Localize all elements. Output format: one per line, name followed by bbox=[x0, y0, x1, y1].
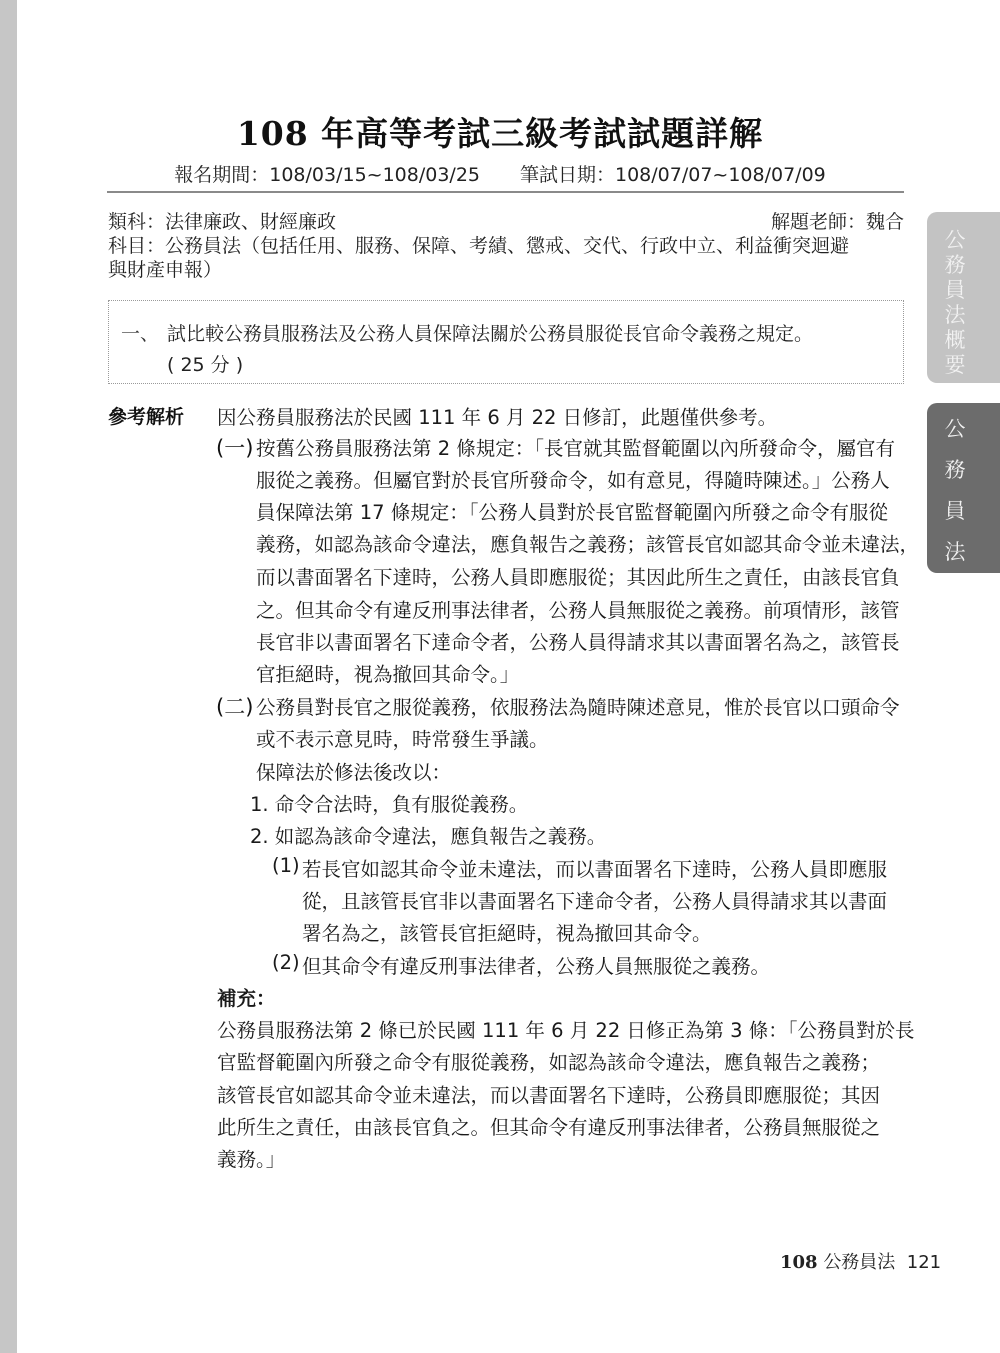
header-divider bbox=[107, 191, 904, 193]
section-1-line: 長官非以書面署名下達命令者，公務人員得請求其以書面署名為之，該管長 bbox=[256, 627, 900, 655]
sub-item-1-line: 若長官如認其命令並未違法，而以書面署名下達時，公務人員即應服 bbox=[302, 854, 887, 882]
answer-intro: 因公務員服務法於民國 111 年 6 月 22 日修訂，此題僅供參考。 bbox=[217, 402, 777, 430]
side-tab-civil-service-law[interactable]: 公 務 員 法 bbox=[927, 403, 1000, 573]
sub-item-1-line: 署名為之，該管長官拒絕時，視為撤回其命令。 bbox=[302, 918, 712, 946]
tab-char: 法 bbox=[927, 536, 983, 566]
tab-char: 要 bbox=[927, 349, 983, 379]
section-1-line: 服從之義務。但屬官對於長官所發命令，如有意見，得隨時陳述。」公務人 bbox=[256, 465, 890, 493]
supplement-line: 此所生之責任，由該長官負之。但其命令有違反刑事法律者，公務員無服從之 bbox=[217, 1112, 880, 1140]
teacher: 解題老師：魏合 bbox=[771, 210, 904, 234]
side-tab-overview[interactable]: 公 務 員 法 概 要 bbox=[927, 212, 1000, 383]
section-1-line: 而以書面署名下達時，公務人員即應服從；其因此所生之責任，由該長官負 bbox=[256, 562, 900, 590]
section-2-line: 或不表示意見時，時常發生爭議。 bbox=[256, 724, 549, 752]
list-item-1: 1. 命令合法時，負有服從義務。 bbox=[250, 789, 528, 817]
subject-line-1: 科目：公務員法（包括任用、服務、保障、考績、懲戒、交代、行政中立、利益衝突迴避 bbox=[108, 234, 904, 258]
tab-char: 公 bbox=[927, 413, 983, 443]
question-box: 一、 試比較公務員服務法及公務人員保障法關於公務員服從長官命令義務之規定。 ( … bbox=[108, 300, 904, 384]
footer-subject: 公務員法 bbox=[823, 1252, 895, 1273]
category: 類科：法律廉政、財經廉政 bbox=[108, 210, 336, 234]
subject-line-2: 與財產申報） bbox=[108, 258, 904, 282]
question-text: 試比較公務員服務法及公務人員保障法關於公務員服從長官命令義務之規定。 bbox=[167, 319, 813, 346]
section-1-line: 官拒絕時，視為撤回其命令。」 bbox=[256, 659, 519, 687]
left-margin-bar bbox=[0, 0, 17, 1353]
tab-char: 員 bbox=[927, 495, 983, 525]
question-number: 一、 bbox=[121, 319, 159, 346]
section-2-line: 保障法於修法後改以： bbox=[256, 757, 451, 785]
section-1-line: 之。但其命令有違反刑事法律者，公務人員無服從之義務。前項情形，該管 bbox=[256, 595, 900, 623]
sub-item-2-text: 但其命令有違反刑事法律者，公務人員無服從之義務。 bbox=[302, 951, 770, 979]
supplement-line: 義務。」 bbox=[217, 1144, 285, 1172]
question-score: ( 25 分 ) bbox=[167, 350, 243, 377]
registration-period: 報名期間：108/03/15~108/03/25 bbox=[174, 164, 480, 186]
sub-item-1-mark: (1) bbox=[272, 854, 300, 877]
section-1-line: 按舊公務員服務法第 2 條規定：「長官就其監督範圍以內所發命令，屬官有 bbox=[256, 433, 895, 461]
supplement-line: 公務員服務法第 2 條已於民國 111 年 6 月 22 日修正為第 3 條：「… bbox=[217, 1015, 915, 1043]
section-2-mark: (二) bbox=[216, 691, 253, 721]
section-2-line: 公務員對長官之服從義務，依服務法為隨時陳述意見，惟於長官以口頭命令 bbox=[256, 692, 900, 720]
supplement-label: 補充： bbox=[217, 983, 276, 1011]
supplement-line: 該管長官如認其命令並未違法，而以書面署名下達時，公務員即應服從；其因 bbox=[217, 1080, 880, 1108]
section-1-mark: (一) bbox=[216, 432, 253, 462]
sub-item-2-mark: (2) bbox=[272, 951, 300, 974]
page-footer: 108 公務員法 121 bbox=[780, 1248, 941, 1274]
page-number: 121 bbox=[907, 1252, 941, 1273]
answer-label: 參考解析 bbox=[108, 402, 184, 429]
subject: 科目：公務員法（包括任用、服務、保障、考績、懲戒、交代、行政中立、利益衝突迴避 … bbox=[108, 234, 904, 282]
section-1-line: 員保障法第 17 條規定：「公務人員對於長官監督範圍內所發之命令有服從 bbox=[256, 497, 888, 525]
section-1-line: 義務，如認為該命令違法，應負報告之義務；該管長官如認其命令並未違法， bbox=[256, 529, 919, 557]
meta-row: 類科：法律廉政、財經廉政 解題老師：魏合 bbox=[108, 210, 904, 234]
footer-year: 108 bbox=[780, 1252, 818, 1273]
page-title: 108 年高等考試三級考試試題詳解 bbox=[0, 108, 1000, 155]
supplement-line: 官監督範圍內所發之命令有服從義務，如認為該命令違法，應負報告之義務； bbox=[217, 1047, 880, 1075]
written-exam-dates: 筆試日期：108/07/07~108/07/09 bbox=[520, 164, 826, 186]
tab-char: 務 bbox=[927, 454, 983, 484]
sub-item-1-line: 從，且該管長官非以書面署名下達命令者，公務人員得請求其以書面 bbox=[302, 886, 887, 914]
list-item-2: 2. 如認為該命令違法，應負報告之義務。 bbox=[250, 821, 606, 849]
exam-dates-line: 報名期間：108/03/15~108/03/25筆試日期：108/07/07~1… bbox=[0, 160, 1000, 187]
